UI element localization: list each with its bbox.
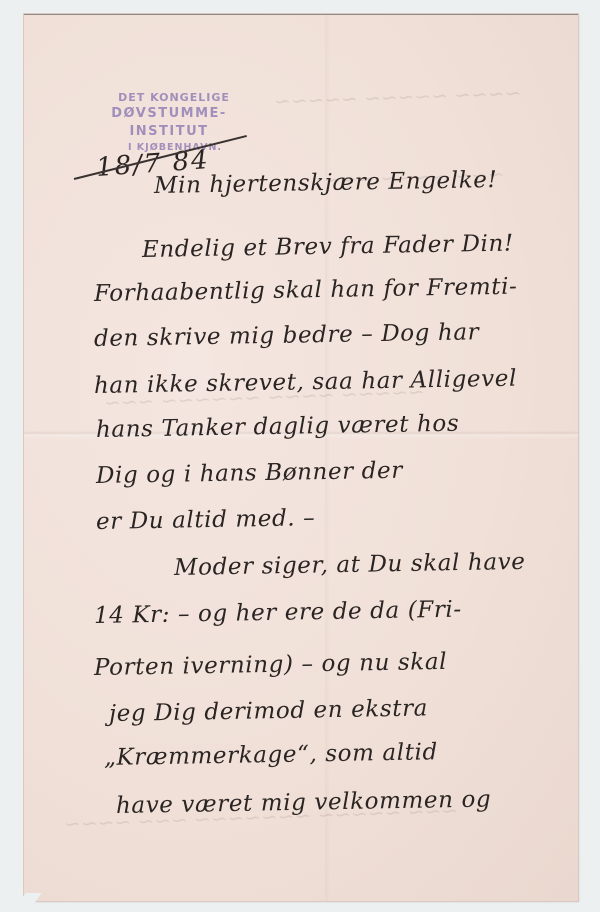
body-line: er Du altid med. – (96, 505, 316, 535)
body-line: Endelig et Brev fra Fader Din! (142, 231, 514, 263)
stamp-line-1: DET KONGELIGE (74, 91, 264, 105)
body-line: Dig og i hans Bønner der (96, 458, 403, 489)
bleed-through-text: ~~~~ ~~~~~ ~~~~~ (274, 81, 522, 114)
letter-paper: ~~~~ ~~~~~ ~~~~~ ~~~ ~~~~ ~~~ ~~~~~ ~~~~… (24, 14, 578, 901)
body-line: 14 Kr: – og her ere de da (Fri- (94, 597, 462, 629)
body-line: Porten iverning) – og nu skal (94, 649, 448, 681)
body-line: Moder siger, at Du skal have (174, 549, 526, 581)
stamp-line-2: DØVSTUMME-INSTITUT (74, 105, 264, 141)
body-line: „Kræmmerkage“, som altid (104, 739, 438, 771)
body-line: hans Tanker daglig været hos (96, 411, 460, 443)
body-line: jeg Dig derimod en ekstra (109, 695, 428, 727)
body-line: Forhaabentlig skal han for Fremti- (94, 274, 518, 307)
scanned-letter: ~~~~ ~~~~~ ~~~~~ ~~~ ~~~~ ~~~ ~~~~~ ~~~~… (0, 0, 600, 912)
institute-stamp: DET KONGELIGE DØVSTUMME-INSTITUT I KJØBE… (74, 91, 264, 155)
body-line: han ikke skrevet, saa har Alligevel (94, 366, 517, 399)
body-line: den skrive mig bedre – Dog har (94, 319, 480, 352)
salutation: Min hjertenskjære Engelke! (154, 167, 498, 199)
body-line: have været mig velkommen og (116, 786, 492, 819)
